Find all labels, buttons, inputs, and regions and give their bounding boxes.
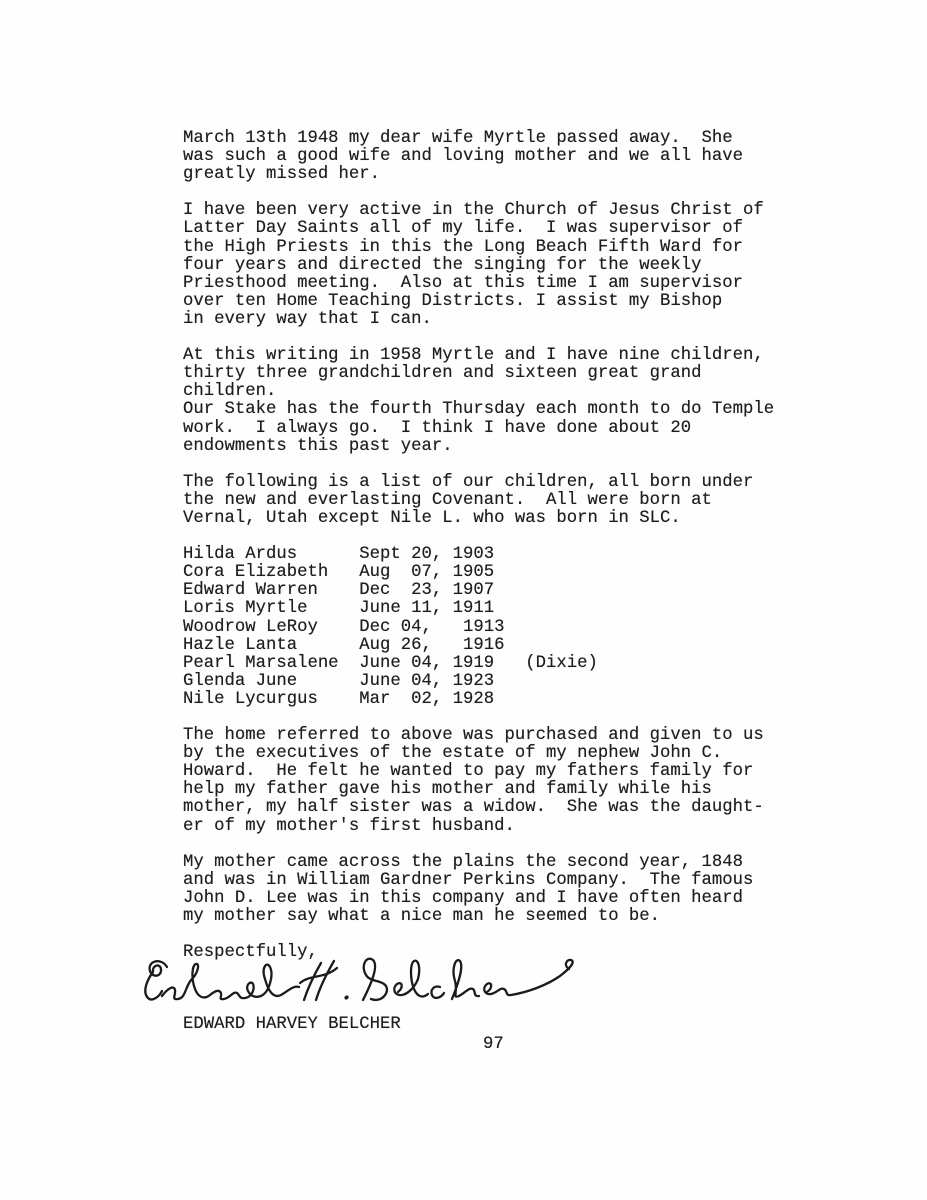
list-item: Cora ElizabethAug 07, 1905	[183, 564, 774, 582]
child-birthdate: June 11, 1911	[359, 599, 494, 618]
paragraph-church-activity: I have been very active in the Church of…	[183, 202, 774, 329]
child-birthdate: June 04, 1919	[359, 654, 494, 673]
document-page: March 13th 1948 my dear wife Myrtle pass…	[0, 0, 927, 1200]
paragraph-mother-plains: My mother came across the plains the sec…	[183, 854, 774, 926]
child-name: Glenda June	[183, 673, 359, 691]
signature-image	[141, 952, 586, 1014]
page-number: 97	[183, 1036, 774, 1054]
paragraph-home-purchase: The home referred to above was purchased…	[183, 727, 774, 836]
child-birthdate: Mar 02, 1928	[359, 690, 494, 709]
child-name: Hilda Ardus	[183, 546, 359, 564]
paragraph-wife-passing: March 13th 1948 my dear wife Myrtle pass…	[183, 130, 774, 184]
child-name: Pearl Marsalene	[183, 655, 359, 673]
child-birthdate: Aug 26, 1916	[359, 636, 504, 655]
child-name: Woodrow LeRoy	[183, 619, 359, 637]
children-list: Hilda ArdusSept 20, 1903 Cora ElizabethA…	[183, 546, 774, 709]
child-birthdate: Dec 04, 1913	[359, 618, 504, 637]
closing-block: Respectfully,	[183, 944, 774, 1054]
paragraph-family-count: At this writing in 1958 Myrtle and I hav…	[183, 347, 774, 456]
child-name: Nile Lycurgus	[183, 691, 359, 709]
paragraph-children-intro: The following is a list of our children,…	[183, 474, 774, 528]
document-body: March 13th 1948 my dear wife Myrtle pass…	[183, 130, 774, 1055]
list-item: Woodrow LeRoyDec 04, 1913	[183, 619, 774, 637]
child-name: Loris Myrtle	[183, 600, 359, 618]
child-birthdate: Aug 07, 1905	[359, 563, 494, 582]
child-birthdate: June 04, 1923	[359, 672, 494, 691]
list-item: Loris MyrtleJune 11, 1911	[183, 600, 774, 618]
list-item: Nile LycurgusMar 02, 1928	[183, 691, 774, 709]
list-item: Edward WarrenDec 23, 1907	[183, 582, 774, 600]
child-birthdate: Sept 20, 1903	[359, 545, 494, 564]
signature-area	[183, 962, 774, 1016]
child-name: Cora Elizabeth	[183, 564, 359, 582]
child-name: Hazle Lanta	[183, 637, 359, 655]
child-nickname: (Dixie)	[525, 654, 598, 673]
list-item: Hilda ArdusSept 20, 1903	[183, 546, 774, 564]
typed-name: EDWARD HARVEY BELCHER	[183, 1016, 774, 1034]
list-item: Pearl MarsaleneJune 04, 1919(Dixie)	[183, 655, 774, 673]
child-birthdate: Dec 23, 1907	[359, 581, 494, 600]
child-name: Edward Warren	[183, 582, 359, 600]
list-item: Glenda JuneJune 04, 1923	[183, 673, 774, 691]
list-item: Hazle LantaAug 26, 1916	[183, 637, 774, 655]
